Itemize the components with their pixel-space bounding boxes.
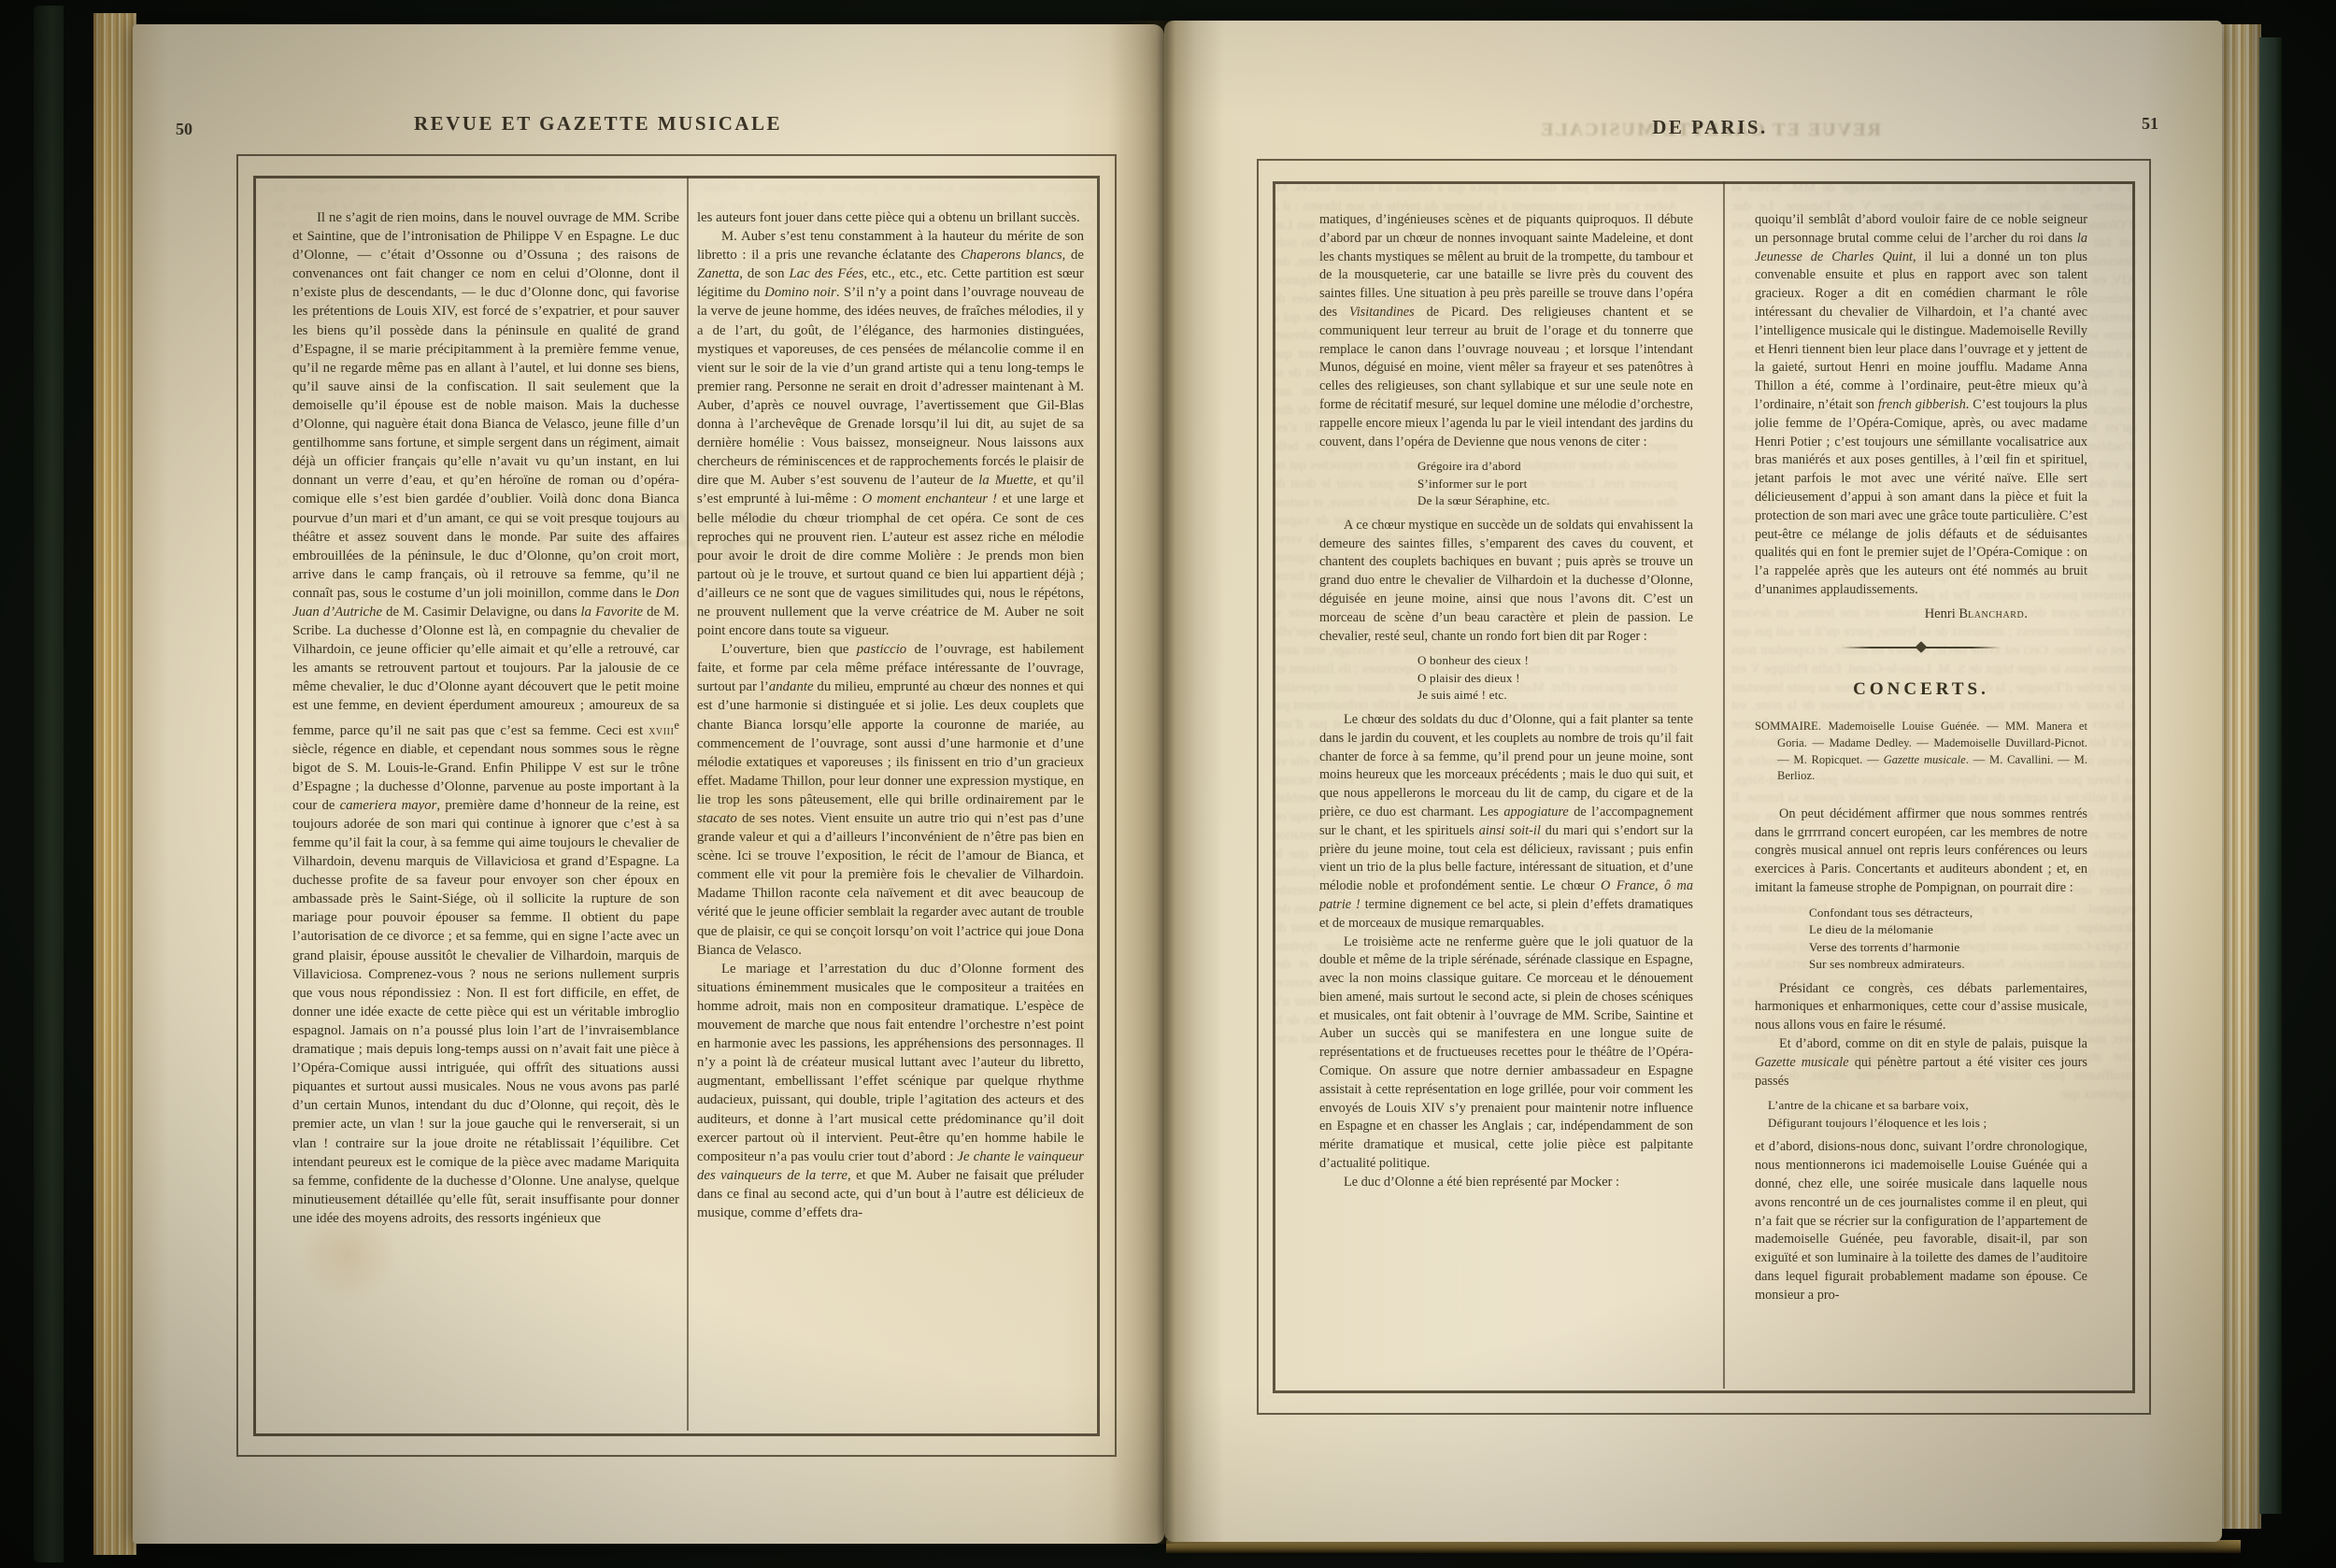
paragraph: Il ne s’agit de rien moins, dans le nouv… xyxy=(292,208,679,1228)
paragraph: Et d’abord, comme on dit en style de pal… xyxy=(1755,1035,2087,1090)
verse-quote: L’antre de la chicane et sa barbare voix… xyxy=(1768,1097,2087,1132)
paragraph: matiques, d’ingénieuses scènes et de piq… xyxy=(1319,211,1693,451)
paragraph: A ce chœur mystique en succède un de sol… xyxy=(1319,517,1693,647)
summary-paragraph: SOMMAIRE. Mademoiselle Louise Guénée. — … xyxy=(1755,719,2087,784)
paragraph: Présidant ce congrès, ces débats parleme… xyxy=(1755,980,2087,1035)
right-page-column-2: quoiqu’il semblât d’abord vouloir faire … xyxy=(1755,211,2087,1377)
paragraph: L’ouverture, bien que pasticcio de l’ouv… xyxy=(697,640,1084,960)
page-number-right: 51 xyxy=(2142,114,2158,134)
marbled-endpaper-left xyxy=(62,9,93,1561)
section-divider-rule xyxy=(1842,643,2001,652)
gilt-edge-bottom-right xyxy=(1166,1540,2241,1553)
paragraph: M. Auber s’est tenu constamment à la hau… xyxy=(697,227,1084,640)
paragraph: Le chœur des soldats du duc d’Olonne, qu… xyxy=(1319,711,1693,934)
verse-quote: O bonheur des cieux !O plaisir des dieux… xyxy=(1417,652,1693,705)
book-scan: 50 REVUE ET GAZETTE MUSICALE GAZETTE mat… xyxy=(0,0,2336,1568)
paragraph: et d’abord, disions-nous donc, suivant l… xyxy=(1755,1138,2087,1304)
verse-quote: Grégoire ira d’abordS’informer sur le po… xyxy=(1417,458,1693,510)
author-signature: Henri Blanchard. xyxy=(1755,606,2087,624)
paragraph: les auteurs font jouer dans cette pièce … xyxy=(697,208,1084,227)
right-page-column-1: matiques, d’ingénieuses scènes et de piq… xyxy=(1319,211,1693,1377)
paragraph: Le troisième acte ne renferme guère que … xyxy=(1319,934,1693,1174)
paragraph: On peut décidément affirmer que nous som… xyxy=(1755,805,2087,898)
left-page-column-2: les auteurs font jouer dans cette pièce … xyxy=(697,208,1084,1421)
left-page: 50 REVUE ET GAZETTE MUSICALE GAZETTE mat… xyxy=(133,24,1164,1544)
paragraph: Le duc d’Olonne a été bien représenté pa… xyxy=(1319,1174,1693,1192)
running-title-right: DE PARIS. xyxy=(1570,116,1850,139)
book-cover-right xyxy=(2259,37,2282,1514)
page-edges-bottom-left xyxy=(140,1542,1162,1557)
verse-quote: Confondant tous ses détracteurs,Le dieu … xyxy=(1809,905,2087,974)
page-number-left: 50 xyxy=(176,120,192,139)
page-edges-left xyxy=(93,13,136,1555)
left-page-column-1: Il ne s’agit de rien moins, dans le nouv… xyxy=(292,208,679,1421)
running-title-left: REVUE ET GAZETTE MUSICALE xyxy=(392,112,804,135)
page-edges-right xyxy=(2218,24,2261,1529)
section-heading: CONCERTS. xyxy=(1755,680,2087,699)
paragraph: Le mariage et l’arrestation du duc d’Olo… xyxy=(697,960,1084,1222)
right-page: REVUE ET GAZETTE MUSICALE DE PARIS. 51 I… xyxy=(1164,21,2222,1542)
book-cover-left xyxy=(34,6,64,1562)
paragraph: quoiqu’il semblât d’abord vouloir faire … xyxy=(1755,211,2087,600)
